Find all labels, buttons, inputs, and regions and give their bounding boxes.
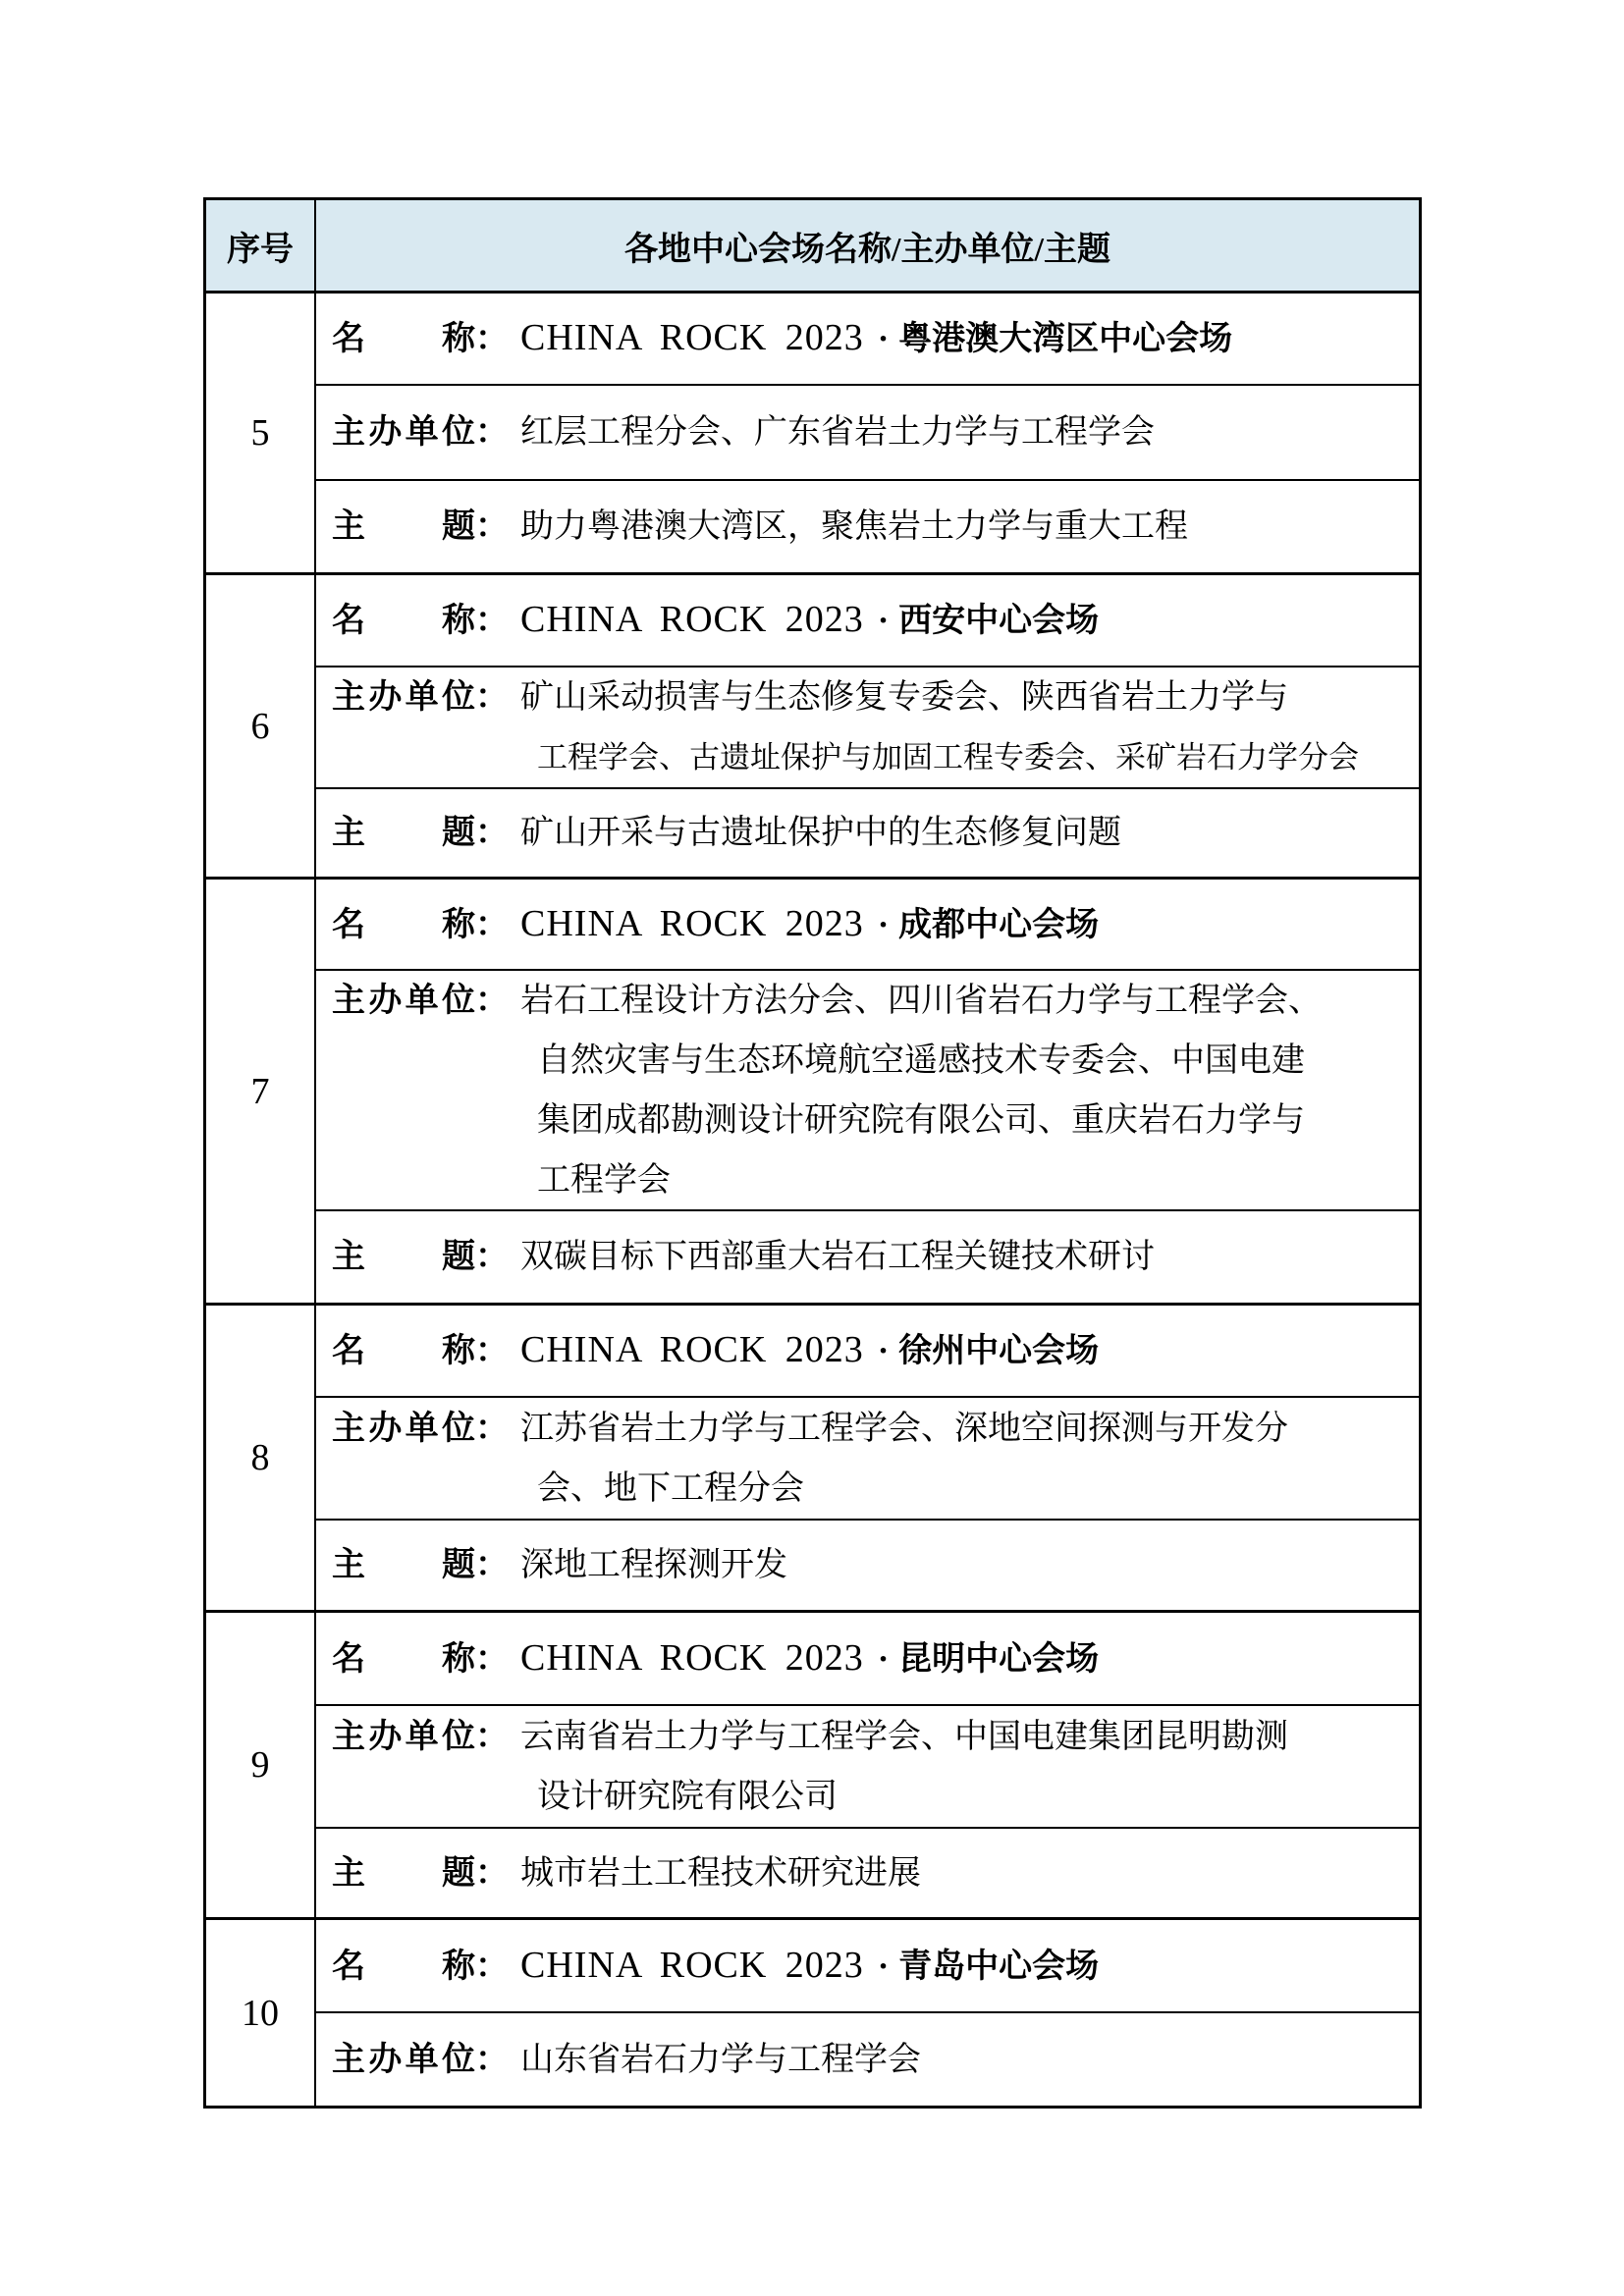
name-separator: · (878, 603, 889, 639)
theme-label: 主题 (332, 1843, 475, 1903)
theme-row: 主题：矿山开采与古遗址保护中的生态修复问题 (316, 789, 1419, 877)
name-label-char: 称 (442, 591, 475, 651)
venue-name-value: CHINA ROCK 2023·徐州中心会场 (520, 1333, 1099, 1369)
label-colon: ： (475, 321, 509, 357)
host-organizer-row: 主办单位：山东省岩石力学与工程学会 (316, 2013, 1419, 2106)
theme-label: 主题 (332, 803, 475, 863)
host-organizer-value: 云南省岩土力学与工程学会、中国电建集团昆明勘测 (520, 1719, 1288, 1755)
host-organizer-value: 岩石工程设计方法分会、四川省岩石力学与工程学会、 (520, 983, 1322, 1019)
venue-name-line: 名称：CHINA ROCK 2023·青岛中心会场 (332, 1936, 1419, 1997)
label-colon: ： (475, 1855, 509, 1892)
host-label-char: 办 (368, 402, 402, 462)
theme-label-char: 题 (442, 1843, 475, 1903)
label-colon: ： (475, 1239, 509, 1275)
host-label-char: 办 (368, 2030, 402, 2090)
venue-name-english: CHINA ROCK 2023 (520, 1637, 864, 1679)
theme-label-char: 主 (332, 497, 365, 557)
host-organizer-line: 主办单位：山东省岩石力学与工程学会 (332, 2030, 1419, 2090)
theme-value: 城市岩土工程技术研究进展 (520, 1855, 921, 1892)
label-colon: ： (475, 1547, 509, 1583)
theme-label-char: 主 (332, 803, 365, 863)
host-organizer-line: 主办单位：江苏省岩土力学与工程学会、深地空间探测与开发分 (332, 1399, 1419, 1459)
theme-row: 主题：深地工程探测开发 (316, 1521, 1419, 1610)
theme-label-char: 题 (442, 803, 475, 863)
host-label-char: 办 (368, 667, 402, 727)
host-organizer-row: 主办单位：江苏省岩土力学与工程学会、深地空间探测与开发分会、地下工程分会 (316, 1398, 1419, 1521)
name-label-char: 名 (332, 895, 365, 955)
host-label: 主办单位 (332, 1399, 475, 1459)
venue-name-value: CHINA ROCK 2023·西安中心会场 (520, 603, 1099, 639)
table-row-group: 10名称：CHINA ROCK 2023·青岛中心会场主办单位：山东省岩石力学与… (206, 1920, 1419, 2106)
label-colon: ： (475, 1641, 509, 1678)
host-label: 主办单位 (332, 402, 475, 462)
table-row-group: 9名称：CHINA ROCK 2023·昆明中心会场主办单位：云南省岩土力学与工… (206, 1613, 1419, 1920)
host-label: 主办单位 (332, 667, 475, 727)
label-colon: ： (475, 815, 509, 851)
host-label-char: 主 (332, 667, 365, 727)
host-organizer-continuation-line: 工程学会、古遗址保护与加固工程专委会、采矿岩石力学分会 (332, 727, 1419, 787)
label-colon: ： (475, 679, 509, 716)
label-colon: ： (475, 414, 509, 451)
host-label-char: 主 (332, 971, 365, 1031)
venue-name-chinese: 青岛中心会场 (898, 1949, 1099, 1985)
theme-label: 主题 (332, 1535, 475, 1595)
header-title-cell: 各地中心会场名称/主办单位/主题 (316, 200, 1419, 291)
venue-name-chinese: 徐州中心会场 (898, 1333, 1099, 1369)
table-row-group: 6名称：CHINA ROCK 2023·西安中心会场主办单位：矿山采动损害与生态… (206, 575, 1419, 880)
name-label: 名称 (332, 1321, 475, 1381)
venue-name-english: CHINA ROCK 2023 (520, 317, 864, 358)
label-colon: ： (475, 1333, 509, 1369)
name-separator: · (878, 1949, 889, 1985)
serial-number-cell: 6 (206, 575, 316, 877)
venue-name-line: 名称：CHINA ROCK 2023·昆明中心会场 (332, 1629, 1419, 1689)
theme-row: 主题：助力粤港澳大湾区，聚焦岩土力学与重大工程 (316, 481, 1419, 572)
name-label-char: 名 (332, 1629, 365, 1689)
table-row-group: 8名称：CHINA ROCK 2023·徐州中心会场主办单位：江苏省岩土力学与工… (206, 1306, 1419, 1613)
venue-name-chinese: 昆明中心会场 (898, 1641, 1099, 1678)
theme-value: 助力粤港澳大湾区，聚焦岩土力学与重大工程 (520, 508, 1188, 545)
venue-name-row: 名称：CHINA ROCK 2023·徐州中心会场 (316, 1306, 1419, 1398)
host-organizer-line: 主办单位：矿山采动损害与生态修复专委会、陕西省岩土力学与 (332, 667, 1419, 727)
theme-line: 主题：深地工程探测开发 (332, 1535, 1419, 1595)
venue-detail-cells: 名称：CHINA ROCK 2023·粤港澳大湾区中心会场主办单位：红层工程分会… (316, 294, 1419, 572)
venue-name-row: 名称：CHINA ROCK 2023·成都中心会场 (316, 880, 1419, 971)
venues-table: 序号 各地中心会场名称/主办单位/主题 5名称：CHINA ROCK 2023·… (203, 197, 1422, 2109)
host-organizer-value: 红层工程分会、广东省岩土力学与工程学会 (520, 414, 1155, 451)
name-separator: · (878, 321, 889, 357)
name-separator: · (878, 907, 889, 943)
host-label-char: 办 (368, 1707, 402, 1767)
host-organizer-line: 主办单位：岩石工程设计方法分会、四川省岩石力学与工程学会、 (332, 971, 1419, 1031)
label-colon: ： (475, 907, 509, 943)
name-label-char: 名 (332, 591, 365, 651)
venue-name-english: CHINA ROCK 2023 (520, 599, 864, 640)
host-label-char: 位 (442, 971, 475, 1031)
name-label: 名称 (332, 1937, 475, 1997)
host-label-char: 单 (406, 971, 439, 1031)
host-organizer-value: 山东省岩石力学与工程学会 (520, 2042, 921, 2078)
theme-label-char: 主 (332, 1535, 365, 1595)
host-organizer-row: 主办单位：红层工程分会、广东省岩土力学与工程学会 (316, 386, 1419, 481)
venue-name-line: 名称：CHINA ROCK 2023·徐州中心会场 (332, 1320, 1419, 1381)
theme-label: 主题 (332, 1227, 475, 1287)
host-label: 主办单位 (332, 971, 475, 1031)
host-organizer-line: 主办单位：云南省岩土力学与工程学会、中国电建集团昆明勘测 (332, 1707, 1419, 1767)
serial-number-cell: 10 (206, 1920, 316, 2106)
host-label-char: 主 (332, 2030, 365, 2090)
host-organizer-row: 主办单位：矿山采动损害与生态修复专委会、陕西省岩土力学与工程学会、古遗址保护与加… (316, 667, 1419, 789)
host-label-char: 主 (332, 1707, 365, 1767)
name-separator: · (878, 1333, 889, 1369)
table-header-row: 序号 各地中心会场名称/主办单位/主题 (206, 200, 1419, 294)
host-label: 主办单位 (332, 2030, 475, 2090)
host-label-char: 单 (406, 667, 439, 727)
host-label-char: 位 (442, 402, 475, 462)
venue-name-english: CHINA ROCK 2023 (520, 1329, 864, 1370)
label-colon: ： (475, 1411, 509, 1447)
host-label-char: 单 (406, 402, 439, 462)
theme-row: 主题：城市岩土工程技术研究进展 (316, 1829, 1419, 1917)
host-organizer-line: 主办单位：红层工程分会、广东省岩土力学与工程学会 (332, 402, 1419, 462)
host-organizer-value: 矿山采动损害与生态修复专委会、陕西省岩土力学与 (520, 679, 1288, 716)
theme-line: 主题：城市岩土工程技术研究进展 (332, 1843, 1419, 1903)
host-label-char: 位 (442, 667, 475, 727)
host-label-char: 单 (406, 1707, 439, 1767)
host-label-char: 单 (406, 1399, 439, 1459)
venue-name-english: CHINA ROCK 2023 (520, 903, 864, 944)
host-organizer-continuation-line: 自然灾害与生态环境航空遥感技术专委会、中国电建 (332, 1031, 1419, 1091)
venue-name-value: CHINA ROCK 2023·青岛中心会场 (520, 1949, 1099, 1985)
document-page: 序号 各地中心会场名称/主办单位/主题 5名称：CHINA ROCK 2023·… (0, 0, 1624, 2296)
host-label-char: 位 (442, 1707, 475, 1767)
label-colon: ： (475, 1719, 509, 1755)
venue-name-chinese: 粤港澳大湾区中心会场 (898, 321, 1232, 357)
venue-name-line: 名称：CHINA ROCK 2023·成都中心会场 (332, 894, 1419, 955)
name-label: 名称 (332, 591, 475, 651)
name-label-char: 称 (442, 309, 475, 369)
venue-name-row: 名称：CHINA ROCK 2023·青岛中心会场 (316, 1920, 1419, 2013)
name-label-char: 称 (442, 895, 475, 955)
label-colon: ： (475, 983, 509, 1019)
host-organizer-row: 主办单位：云南省岩土力学与工程学会、中国电建集团昆明勘测设计研究院有限公司 (316, 1706, 1419, 1829)
host-label-char: 位 (442, 1399, 475, 1459)
venue-name-row: 名称：CHINA ROCK 2023·西安中心会场 (316, 575, 1419, 667)
host-organizer-value: 江苏省岩土力学与工程学会、深地空间探测与开发分 (520, 1411, 1288, 1447)
name-label-char: 名 (332, 1321, 365, 1381)
header-serial-cell: 序号 (206, 200, 316, 291)
theme-line: 主题：助力粤港澳大湾区，聚焦岩土力学与重大工程 (332, 497, 1419, 557)
theme-value: 矿山开采与古遗址保护中的生态修复问题 (520, 815, 1121, 851)
serial-number-cell: 8 (206, 1306, 316, 1610)
name-label-char: 名 (332, 309, 365, 369)
venue-name-row: 名称：CHINA ROCK 2023·昆明中心会场 (316, 1613, 1419, 1706)
venue-name-value: CHINA ROCK 2023·昆明中心会场 (520, 1641, 1099, 1678)
theme-label-char: 题 (442, 1227, 475, 1287)
venue-name-english: CHINA ROCK 2023 (520, 1945, 864, 1986)
host-organizer-continuation-line: 集团成都勘测设计研究院有限公司、重庆岩石力学与 (332, 1091, 1419, 1150)
theme-row: 主题：双碳目标下西部重大岩石工程关键技术研讨 (316, 1211, 1419, 1303)
venue-name-line: 名称：CHINA ROCK 2023·西安中心会场 (332, 590, 1419, 651)
name-separator: · (878, 1641, 889, 1678)
serial-number-cell: 7 (206, 880, 316, 1303)
table-row-group: 5名称：CHINA ROCK 2023·粤港澳大湾区中心会场主办单位：红层工程分… (206, 294, 1419, 575)
name-label: 名称 (332, 1629, 475, 1689)
host-label-char: 单 (406, 2030, 439, 2090)
host-organizer-continuation-line: 设计研究院有限公司 (332, 1767, 1419, 1827)
venue-name-chinese: 西安中心会场 (898, 603, 1099, 639)
venue-detail-cells: 名称：CHINA ROCK 2023·昆明中心会场主办单位：云南省岩土力学与工程… (316, 1613, 1419, 1917)
serial-number-cell: 9 (206, 1613, 316, 1917)
name-label-char: 名 (332, 1937, 365, 1997)
venue-name-line: 名称：CHINA ROCK 2023·粤港澳大湾区中心会场 (332, 308, 1419, 369)
host-label-char: 办 (368, 971, 402, 1031)
theme-value: 双碳目标下西部重大岩石工程关键技术研讨 (520, 1239, 1155, 1275)
venue-name-value: CHINA ROCK 2023·成都中心会场 (520, 907, 1099, 943)
label-colon: ： (475, 508, 509, 545)
host-organizer-continuation-line: 工程学会 (332, 1150, 1419, 1210)
host-organizer-row: 主办单位：岩石工程设计方法分会、四川省岩石力学与工程学会、自然灾害与生态环境航空… (316, 971, 1419, 1211)
host-label-char: 办 (368, 1399, 402, 1459)
theme-label-char: 题 (442, 497, 475, 557)
name-label-char: 称 (442, 1629, 475, 1689)
table-body: 5名称：CHINA ROCK 2023·粤港澳大湾区中心会场主办单位：红层工程分… (206, 294, 1419, 2106)
theme-value: 深地工程探测开发 (520, 1547, 787, 1583)
table-row-group: 7名称：CHINA ROCK 2023·成都中心会场主办单位：岩石工程设计方法分… (206, 880, 1419, 1306)
venue-detail-cells: 名称：CHINA ROCK 2023·青岛中心会场主办单位：山东省岩石力学与工程… (316, 1920, 1419, 2106)
venue-name-row: 名称：CHINA ROCK 2023·粤港澳大湾区中心会场 (316, 294, 1419, 386)
host-organizer-continuation-line: 会、地下工程分会 (332, 1459, 1419, 1519)
theme-line: 主题：双碳目标下西部重大岩石工程关键技术研讨 (332, 1227, 1419, 1287)
name-label-char: 称 (442, 1937, 475, 1997)
label-colon: ： (475, 1949, 509, 1985)
venue-detail-cells: 名称：CHINA ROCK 2023·成都中心会场主办单位：岩石工程设计方法分会… (316, 880, 1419, 1303)
theme-label-char: 主 (332, 1843, 365, 1903)
host-label-char: 主 (332, 1399, 365, 1459)
venue-detail-cells: 名称：CHINA ROCK 2023·徐州中心会场主办单位：江苏省岩土力学与工程… (316, 1306, 1419, 1610)
venue-name-value: CHINA ROCK 2023·粤港澳大湾区中心会场 (520, 321, 1232, 357)
host-label-char: 位 (442, 2030, 475, 2090)
venue-name-chinese: 成都中心会场 (898, 907, 1099, 943)
name-label: 名称 (332, 309, 475, 369)
theme-label-char: 题 (442, 1535, 475, 1595)
serial-number-cell: 5 (206, 294, 316, 572)
theme-line: 主题：矿山开采与古遗址保护中的生态修复问题 (332, 803, 1419, 863)
label-colon: ： (475, 2042, 509, 2078)
host-label: 主办单位 (332, 1707, 475, 1767)
label-colon: ： (475, 603, 509, 639)
name-label-char: 称 (442, 1321, 475, 1381)
theme-label: 主题 (332, 497, 475, 557)
venue-detail-cells: 名称：CHINA ROCK 2023·西安中心会场主办单位：矿山采动损害与生态修… (316, 575, 1419, 877)
name-label: 名称 (332, 895, 475, 955)
host-label-char: 主 (332, 402, 365, 462)
theme-label-char: 主 (332, 1227, 365, 1287)
